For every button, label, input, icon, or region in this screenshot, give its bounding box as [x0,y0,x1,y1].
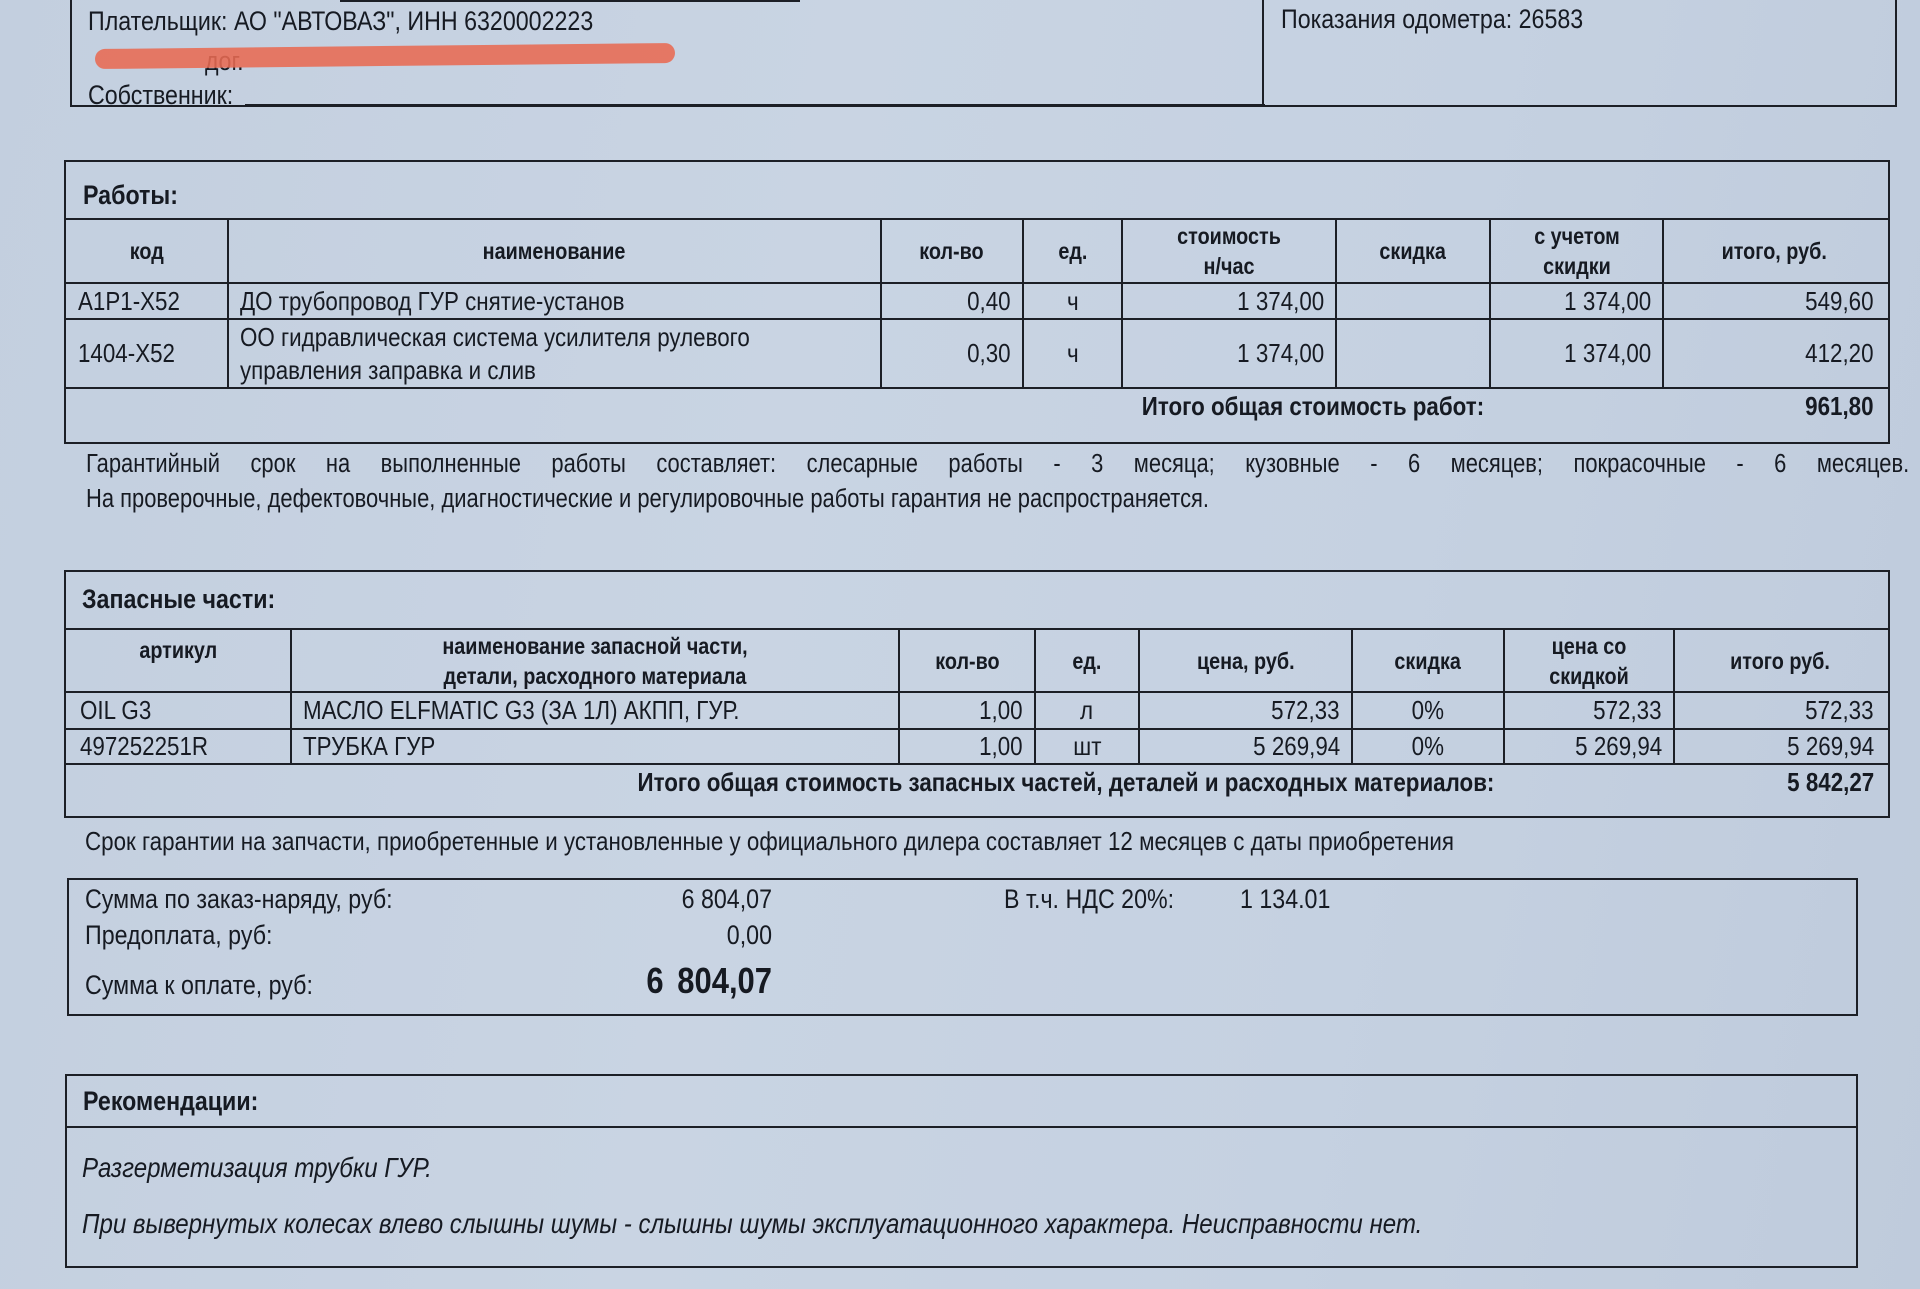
col-header: цена, руб. [1139,630,1352,691]
part-price: 572,33 [1139,693,1352,728]
odometer-text: Показания одометра: 26583 [1281,4,1583,35]
work-name: ОО гидравлическая система усилителя руле… [228,320,880,387]
part-unit: шт [1035,729,1139,764]
order-sum-label: Сумма по заказ-наряду, руб: [85,884,393,915]
part-article: 497252251R [66,729,291,764]
col-header: с учетом скидки [1490,220,1663,282]
work-rate: 1 374,00 [1122,284,1336,318]
part-discount: 0% [1352,693,1504,728]
col-header: стоимость н/час [1122,220,1336,282]
col-header: артикул [66,630,291,670]
owner-label: Собственник: [88,80,233,111]
works-title: Работы: [83,180,178,211]
divider [65,1126,1856,1128]
part-price: 5 269,94 [1139,729,1352,764]
parts-title: Запасные части: [82,584,275,615]
prepay-label: Предоплата, руб: [85,920,272,951]
col-header: итого, руб. [1663,220,1886,282]
recommendations-title: Рекомендации: [83,1086,258,1117]
work-discount [1336,284,1490,318]
work-qty: 0,30 [880,320,1023,387]
owner-underline [245,104,1265,106]
due-value: 6 804,07 [538,960,772,1002]
part-total: 572,33 [1674,693,1886,728]
col-header: итого руб. [1674,630,1886,691]
works-total-label: Итого общая стоимость работ: [66,389,1496,423]
work-rate: 1 374,00 [1122,320,1336,387]
work-unit: ч [1023,320,1122,387]
part-qty: 1,00 [899,693,1035,728]
parts-total-label: Итого общая стоимость запасных частей, д… [66,765,1506,799]
col-header: ед. [1035,630,1139,691]
vat-value: 1 134.01 [1240,884,1330,915]
work-unit: ч [1023,284,1122,318]
work-code: 1404-X52 [66,320,227,387]
order-sum-value: 6 804,07 [590,884,772,915]
due-label: Сумма к оплате, руб: [85,970,313,1001]
works-warranty-line-2: На проверочные, дефектовочные, диагности… [86,485,1209,514]
vat-label: В т.ч. НДС 20%: [1004,884,1174,915]
parts-total-value: 5 842,27 [1674,765,1886,799]
prepay-value: 0,00 [590,920,772,951]
part-discount: 0% [1352,729,1504,764]
payer-text: Плательщик: АО "АВТОВАЗ", ИНН 6320002223 [88,6,593,37]
part-unit: л [1035,693,1139,728]
part-discounted: 5 269,94 [1504,729,1674,764]
work-total: 412,20 [1663,320,1886,387]
part-discounted: 572,33 [1504,693,1674,728]
col-header: наименование запасной части, детали, рас… [291,630,899,691]
part-qty: 1,00 [899,729,1035,764]
part-article: OIL G3 [66,693,291,728]
work-qty: 0,40 [880,284,1023,318]
works-total-value: 961,80 [1663,389,1886,423]
part-total: 5 269,94 [1674,729,1886,764]
work-name: ДО трубопровод ГУР снятие-установ [228,284,880,318]
col-header: скидка [1352,630,1504,691]
parts-warranty: Срок гарантии на запчасти, приобретенные… [85,826,1454,857]
work-discounted: 1 374,00 [1490,284,1663,318]
part-name: МАСЛО ELFMATIC G3 (ЗА 1Л) АКПП, ГУР. [291,693,899,728]
part-name: ТРУБКА ГУР [291,729,899,764]
header-divider [1262,0,1264,105]
work-code: A1P1-X52 [66,284,227,318]
col-header: скидка [1336,220,1490,282]
work-discount [1336,320,1490,387]
work-discounted: 1 374,00 [1490,320,1663,387]
work-total: 549,60 [1663,284,1886,318]
works-warranty-line-1: Гарантийный срок на выполненные работы с… [86,450,1909,479]
underline [340,0,800,2]
col-header: ед. [1023,220,1122,282]
recommendation-item: При вывернутых колесах влево слышны шумы… [82,1208,1422,1240]
col-header: кол-во [899,630,1035,691]
recommendation-item: Разгерметизация трубки ГУР. [82,1152,432,1184]
col-header: кол-во [880,220,1023,282]
col-header: код [66,220,227,282]
col-header: цена со скидкой [1504,630,1674,691]
col-header: наименование [228,220,880,282]
